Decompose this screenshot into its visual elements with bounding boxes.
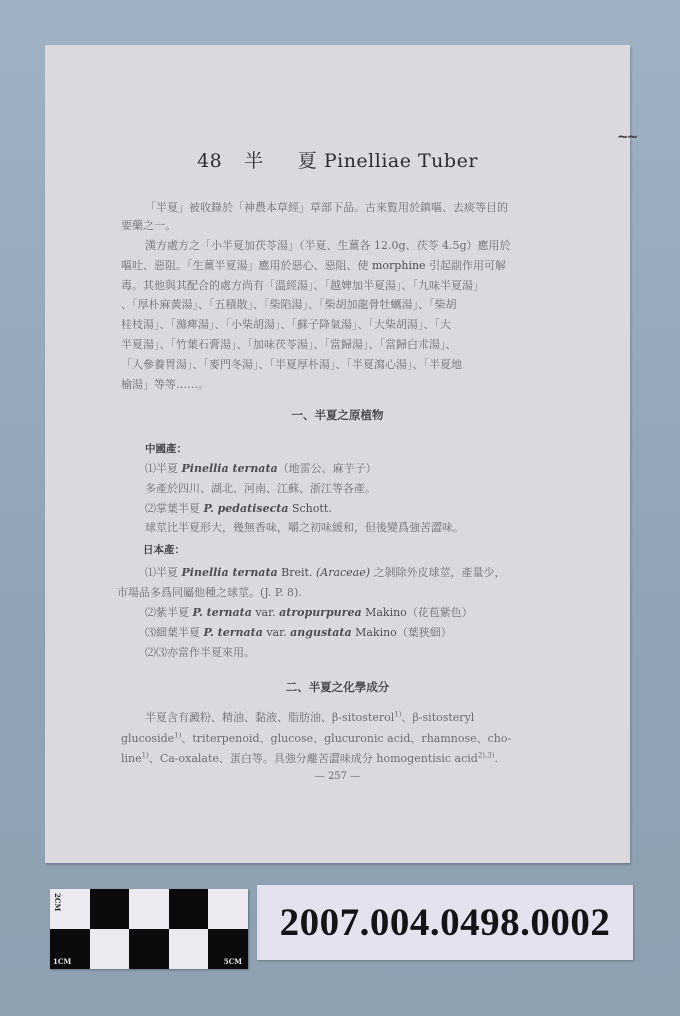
chem-line3-end: . [494,752,498,765]
chem-line1: 半夏含有澱粉、精油、黏液、脂肪油、β-sitosterol1)、β-sitost… [145,709,474,725]
ruler-cell [129,889,169,929]
japan-item1-family: (Araceae) [316,566,370,579]
china-item1: ⑴半夏 Pinellia ternata（地雷公、麻芋子） [145,460,377,476]
page-number: — 257 — [45,771,630,782]
intro-p2-line1: 漢方處方之「小半夏加茯苓湯」（半夏、生薑各 12.0g、茯苓 4.5g）應用於 [145,237,511,253]
japan-item2-prefix: ⑵紫半夏 [145,606,189,619]
document-page: ~~ 48半夏 Pinelliae Tuber 「半夏」被收錄於「神農本草經」草… [45,45,630,863]
intro-p2-line7: 「人參養胃湯」、「麥門冬湯」、「半夏厚朴湯」、「半夏瀉心湯」、「半夏地 [121,356,462,372]
intro-p2-line3: 毒。其他與其配合的處方尚有「溫經湯」、「越婢加半夏湯」、「九味半夏湯」 [121,277,484,293]
china-item1-desc: 多產於四川、湖北、河南、江蘇、浙江等各產。 [145,480,376,496]
chem-line3-ref: 1) [142,751,149,759]
intro-p2-line5: 桂枝湯」、「滌痺湯」、「小柴胡湯」、「蘇子降氣湯」、「大柴胡湯」、「大 [121,316,451,332]
china-item2-author: Schott. [292,502,332,515]
chem-line3-a: line [121,752,142,765]
page-title: 48半夏 Pinelliae Tuber [45,146,630,173]
intro-p2-line2-a: 嘔吐、惡阻。「生薑半夏湯」應用於惡心、惡阻、使 [121,259,369,272]
china-item2-desc: 球莖比半夏形大，幾無香味，嚼之初味緩和，但後變爲強苦澀味。 [145,519,464,535]
title-char-2: 夏 [298,150,318,172]
japan-item4: ⑵⑶亦當作半夏來用。 [145,644,255,660]
japan-item3-latin: P. ternata [204,626,263,639]
ruler-cell [129,929,169,969]
japan-item1-author: Breit. [281,566,312,579]
chem-line2-a: glucoside [121,732,174,745]
ruler-cell [90,929,130,969]
section2-heading: 二、半夏之化學成分 [45,679,630,695]
china-item1-latin: Pinellia ternata [182,462,278,475]
intro-p1-line1: 「半夏」被收錄於「神農本草經」草部下品。古來覧用於鎮嘔、去痰等目的 [145,199,508,215]
chem-line3: line1)、Ca-oxalate、蛋白等。具強分離苦澀味成分 homogent… [121,750,498,766]
japan-item3-variety: angustata [290,626,351,639]
intro-p2-line2-c: 引起副作用可解 [429,259,506,272]
japan-item1-prefix: ⑴半夏 [145,566,178,579]
japan-item1-line2: 市場品多爲同屬他種之球莖。(J. P. 8). [117,584,302,600]
china-label: 中國產： [145,441,187,456]
japan-item1-suffix: 之剝除外皮球莖，產量少， [374,566,506,579]
ruler-label-5cm: 5CM [224,957,242,966]
japan-item2: ⑵紫半夏 P. ternata var. atropurpurea Makino… [145,604,473,620]
japan-item3-var: var. [266,626,286,639]
china-item1-prefix: ⑴半夏 [145,462,178,475]
japan-item3-author: Makino [355,626,397,639]
japan-item2-note: （花苞紫色） [407,606,473,619]
intro-p1-line2: 要藥之一。 [121,217,176,233]
japan-label: 日本產： [143,542,185,557]
ruler-label-1cm: 1CM [53,957,71,966]
japan-item3: ⑶細葉半夏 P. ternata var. angustata Makino（葉… [145,624,452,640]
catalog-number-label: 2007.004.0498.0002 [257,885,633,960]
china-item1-suffix: （地雷公、麻芋子） [278,462,377,475]
corner-mark: ~~ [617,129,636,145]
ruler-cell [169,889,209,929]
section1-heading: 一、半夏之原植物 [45,407,630,423]
chem-line1-a: 半夏含有澱粉、精油、黏液、脂肪油、β-sitosterol [145,711,394,724]
japan-item1: ⑴半夏 Pinellia ternata Breit. (Araceae) 之剝… [145,564,506,580]
chem-line3-ref2: 2),3) [478,751,495,759]
intro-p2-line8: 榆湯」等等……。 [121,376,209,392]
china-item2: ⑵掌葉半夏 P. pedatisecta Schott. [145,500,332,516]
title-char-1: 半 [244,150,264,172]
chem-line3-b: 、Ca-oxalate、蛋白等。具強分離苦澀味成分 homogentisic a… [149,752,478,765]
title-number: 48 [197,150,222,172]
china-item2-latin: P. pedatisecta [204,502,289,515]
ruler-cell [208,889,248,929]
title-latin: Pinelliae Tuber [324,150,478,172]
ruler-label-2cm: 2CM [53,893,62,911]
catalog-number: 2007.004.0498.0002 [280,900,611,945]
chem-line2-b: 、triterpenoid、glucose、glucuronic acid、rh… [181,732,511,745]
scale-ruler: 2CM 1CM 5CM [50,889,248,969]
chem-line2: glucoside1)、triterpenoid、glucose、glucuro… [121,730,511,746]
intro-p2-line4: 、「厚朴麻黃湯」、「五積散」、「柴陷湯」、「柴胡加龍骨牡蠣湯」、「柴胡 [121,296,457,312]
intro-p2-line2: 嘔吐、惡阻。「生薑半夏湯」應用於惡心、惡阻、使 morphine 引起副作用可解 [121,257,506,273]
japan-item3-prefix: ⑶細葉半夏 [145,626,200,639]
ruler-cell [90,889,130,929]
japan-item1-latin: Pinellia ternata [182,566,278,579]
ruler-cell [169,929,209,969]
japan-item3-note: （葉狹細） [397,626,452,639]
intro-p2-morphine: morphine [372,259,426,272]
japan-item2-variety: atropurpurea [279,606,361,619]
intro-p2-line6: 半夏湯」、「竹葉石膏湯」、「加味茯苓湯」、「當歸湯」、「當歸白朮湯」、 [121,336,457,352]
china-item2-prefix: ⑵掌葉半夏 [145,502,200,515]
japan-item2-author: Makino [365,606,407,619]
japan-item2-latin: P. ternata [193,606,252,619]
japan-item2-var: var. [255,606,275,619]
chem-line1-b: 、β-sitosteryl [401,711,474,724]
